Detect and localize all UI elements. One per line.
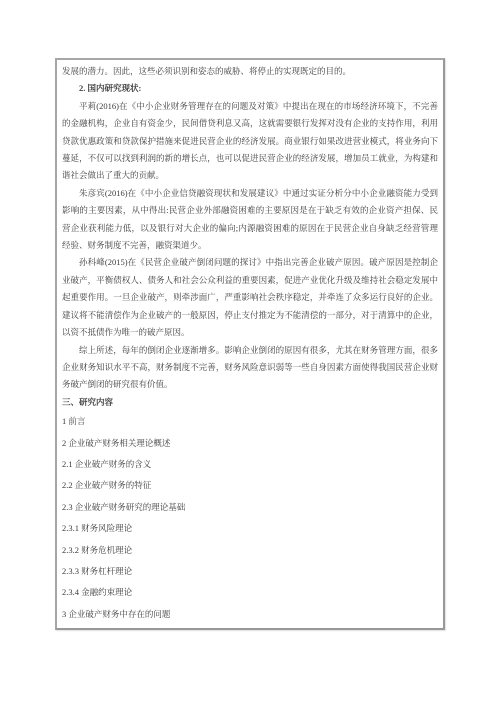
section-heading: 2. 国内研究现状: (62, 80, 438, 97)
outline-item: 2.3.4 金融约束理论 (62, 582, 438, 603)
outline-item: 2 企业破产财务相关理论概述 (62, 433, 438, 454)
outline-item: 2.1 企业破产财务的含义 (62, 454, 438, 475)
outline-item: 3 企业破产财务中存在的问题 (62, 604, 438, 625)
outline-item: 2.3.1 财务风险理论 (62, 518, 438, 539)
body-paragraph: 平莉(2016)在《中小企业财务管理存在的问题及对策》中提出在现在的市场经济环境… (62, 98, 438, 185)
outline-item: 2.3 企业破产财务研究的理论基础 (62, 497, 438, 518)
body-paragraph: 综上所述，每年的倒闭企业逐渐增多。影响企业倒闭的原因有很多，尤其在财务管理方面，… (62, 342, 438, 394)
outline-item: 1 前言 (62, 411, 438, 432)
document-page: 发展的潜力。因此，这些必须识别和姿态的威胁、将停止的实现既定的目的。2. 国内研… (0, 0, 500, 707)
body-paragraph: 朱彦宾(2016)在《中小企业信贷融资现状和发展建议》中通过实证分析分中小企业融… (62, 185, 438, 255)
section-heading: 三、研究内容 (62, 394, 438, 411)
body-paragraph: 发展的潜力。因此，这些必须识别和姿态的威胁、将停止的实现既定的目的。 (62, 63, 438, 80)
outline-item: 2.3.3 财务杠杆理论 (62, 561, 438, 582)
outline-item: 2.3.2 财务危机理论 (62, 540, 438, 561)
outline-item: 2.2 企业破产财务的特征 (62, 475, 438, 496)
body-paragraph: 孙科峰(2015)在《民营企业破产倒闭问题的探讨》中指出完善企业破产原因。破产原… (62, 254, 438, 341)
document-content-cell: 发展的潜力。因此，这些必须识别和姿态的威胁、将停止的实现既定的目的。2. 国内研… (55, 58, 445, 630)
